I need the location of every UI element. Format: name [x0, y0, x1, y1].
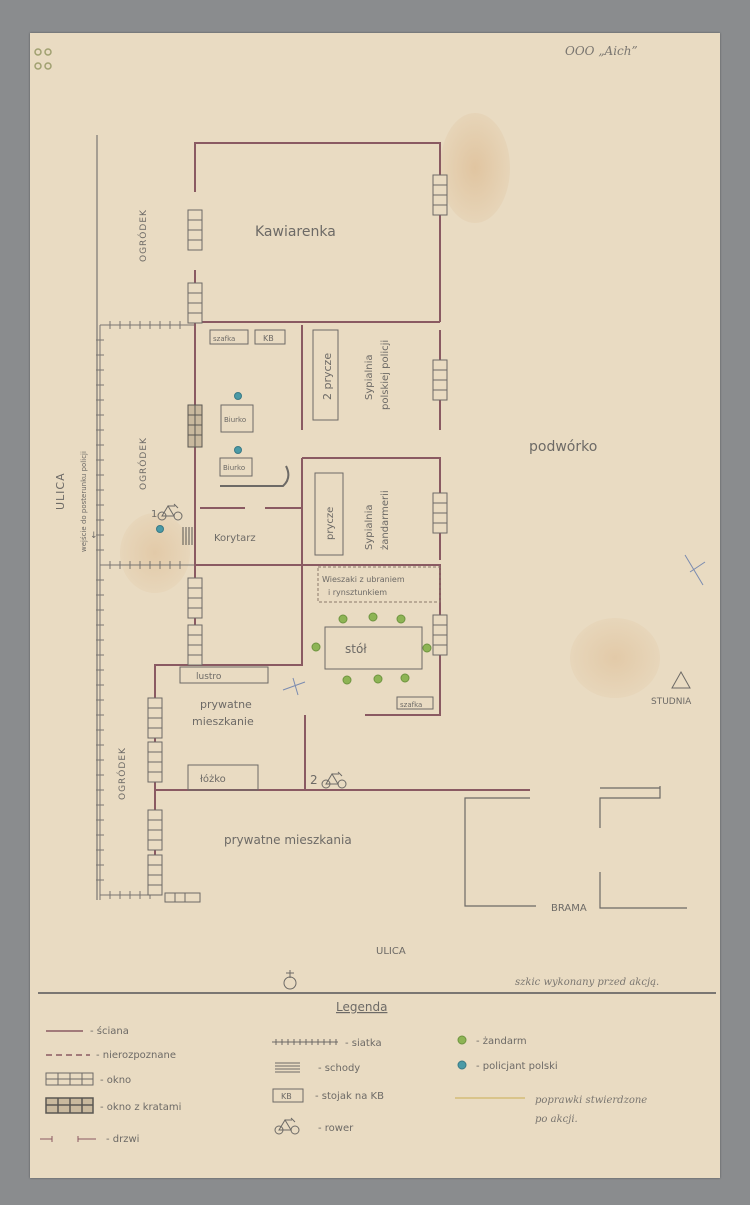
- room-label-korytarz: Korytarz: [214, 533, 256, 544]
- window: [188, 625, 202, 665]
- window: [148, 855, 162, 895]
- furniture-biurko-2: Biurko: [220, 458, 252, 476]
- punch-holes: [35, 49, 51, 69]
- furniture-szafka-2: szafka: [397, 697, 433, 709]
- area-label-studnia: STUDNIA: [651, 697, 692, 707]
- svg-text:KB: KB: [263, 334, 274, 343]
- window: [433, 493, 447, 533]
- legend-label-correction: poprawki stwierdzone: [535, 1095, 647, 1106]
- area-label-ulica: ULICA: [54, 472, 67, 510]
- window: [433, 615, 447, 655]
- furniture-lustro: lustro: [180, 667, 268, 683]
- room-label-kawiarenka: Kawiarenka: [255, 224, 336, 240]
- room-label-polskiej-policji: polskiej policji: [380, 340, 391, 410]
- svg-text:szafka: szafka: [400, 701, 422, 709]
- entrance-label: wejście do posterunku policji: [80, 451, 88, 552]
- window: [188, 210, 202, 250]
- legend-title: Legenda: [336, 1000, 387, 1014]
- furniture-kb-rack: KB: [255, 330, 285, 344]
- svg-text:szafka: szafka: [213, 335, 235, 343]
- svg-text:Biurko: Biurko: [223, 464, 245, 472]
- room-label-prywatne: prywatne: [200, 698, 252, 711]
- window: [433, 175, 447, 215]
- furniture-lozko: łóżko: [188, 765, 258, 790]
- legend-label-unknown: - nierozpoznane: [96, 1050, 176, 1061]
- furniture-prycze-2: 2 prycze: [313, 330, 338, 420]
- legend-label-correction-2: po akcji.: [535, 1114, 578, 1125]
- window: [433, 360, 447, 400]
- svg-text:2 prycze: 2 prycze: [321, 353, 334, 400]
- window: [148, 698, 162, 738]
- well-icon: [672, 672, 690, 688]
- window: [188, 283, 202, 323]
- legend-label-window: - okno: [100, 1075, 131, 1086]
- area-label-ogrodek: OGRÓDEK: [137, 209, 149, 262]
- area-label-ulica: ULICA: [376, 946, 406, 957]
- legend-door-symbol: [40, 1136, 96, 1142]
- window: [148, 810, 162, 850]
- furniture-biurko-1: Biurko: [221, 405, 253, 432]
- legend-barred-window-symbol: [46, 1098, 93, 1113]
- archive-mark: OOO „Aich”: [565, 44, 638, 58]
- area-label-brama: BRAMA: [551, 903, 587, 914]
- stairs: [183, 527, 192, 545]
- window: [165, 893, 200, 902]
- floor-plan: OOO „Aich” Kawiarenka Sypialnia: [0, 0, 750, 1205]
- furniture-wieszaki: Wieszaki z ubraniemi rynsztunkiem: [318, 567, 440, 602]
- north-marker-icon: [284, 970, 296, 989]
- furniture-stol: stół: [325, 627, 422, 669]
- sketch-note: szkic wykonany przed akcją.: [515, 977, 659, 988]
- window: [148, 742, 162, 782]
- svg-text:Biurko: Biurko: [224, 416, 246, 424]
- entrance-arrow-icon: ↓: [90, 531, 98, 541]
- area-label-podworko: podwórko: [529, 439, 597, 455]
- room-label-zandarmerii: żandarmerii: [380, 490, 391, 550]
- bicycle-icon: [158, 504, 182, 520]
- legend-bicycle-icon: [275, 1118, 299, 1134]
- svg-text:stół: stół: [345, 642, 367, 656]
- area-label-ogrodek: OGRÓDEK: [116, 747, 128, 800]
- legend-label-zandarm: - żandarm: [476, 1036, 527, 1047]
- legend-label-bicycle: - rower: [318, 1123, 354, 1134]
- svg-text:KB: KB: [281, 1092, 292, 1101]
- room-label-mieszkanie: mieszkanie: [192, 715, 254, 728]
- bike-number-1: 1: [151, 509, 157, 520]
- svg-text:lustro: lustro: [196, 672, 222, 682]
- legend-label-barred-window: - okno z kratami: [100, 1102, 181, 1113]
- legend-label-kb: - stojak na KB: [315, 1091, 384, 1102]
- legend-policjant-icon: [458, 1061, 466, 1069]
- legend-label-door: - drzwi: [106, 1134, 139, 1145]
- barred-window: [188, 405, 202, 447]
- legend-fence-symbol: [272, 1039, 338, 1045]
- svg-text:prycze: prycze: [325, 507, 336, 540]
- bicycle-icon: [322, 772, 346, 788]
- fence-ticks: [96, 321, 180, 899]
- room-label-sypialnia-zandarmerii: Sypialnia: [364, 504, 375, 550]
- room-label-sypialnia-policji: Sypialnia: [364, 354, 375, 400]
- legend-label-wall: - ściana: [90, 1025, 129, 1037]
- room-label-prywatne-mieszkania: prywatne mieszkania: [224, 833, 352, 847]
- legend-stairs-symbol: [275, 1063, 300, 1072]
- legend-window-symbol: [46, 1073, 93, 1085]
- legend-kb-symbol: KB: [273, 1089, 303, 1102]
- area-label-ogrodek: OGRÓDEK: [137, 437, 149, 490]
- legend-label-fence: - siatka: [345, 1038, 382, 1049]
- svg-text:Wieszaki z ubraniem: Wieszaki z ubraniem: [322, 575, 405, 584]
- furniture-szafka: szafka: [210, 330, 248, 344]
- svg-text:łóżko: łóżko: [200, 773, 226, 785]
- legend-label-stairs: - schody: [318, 1063, 360, 1074]
- svg-text:i rynsztunkiem: i rynsztunkiem: [328, 588, 387, 597]
- furniture-prycze: prycze: [315, 473, 343, 555]
- gate-walls: [465, 786, 687, 908]
- window: [188, 578, 202, 618]
- zandarm-markers: [312, 613, 431, 684]
- bike-number-2: 2: [310, 773, 318, 787]
- legend-label-policjant: - policjant polski: [476, 1061, 558, 1072]
- legend-zandarm-icon: [458, 1036, 466, 1044]
